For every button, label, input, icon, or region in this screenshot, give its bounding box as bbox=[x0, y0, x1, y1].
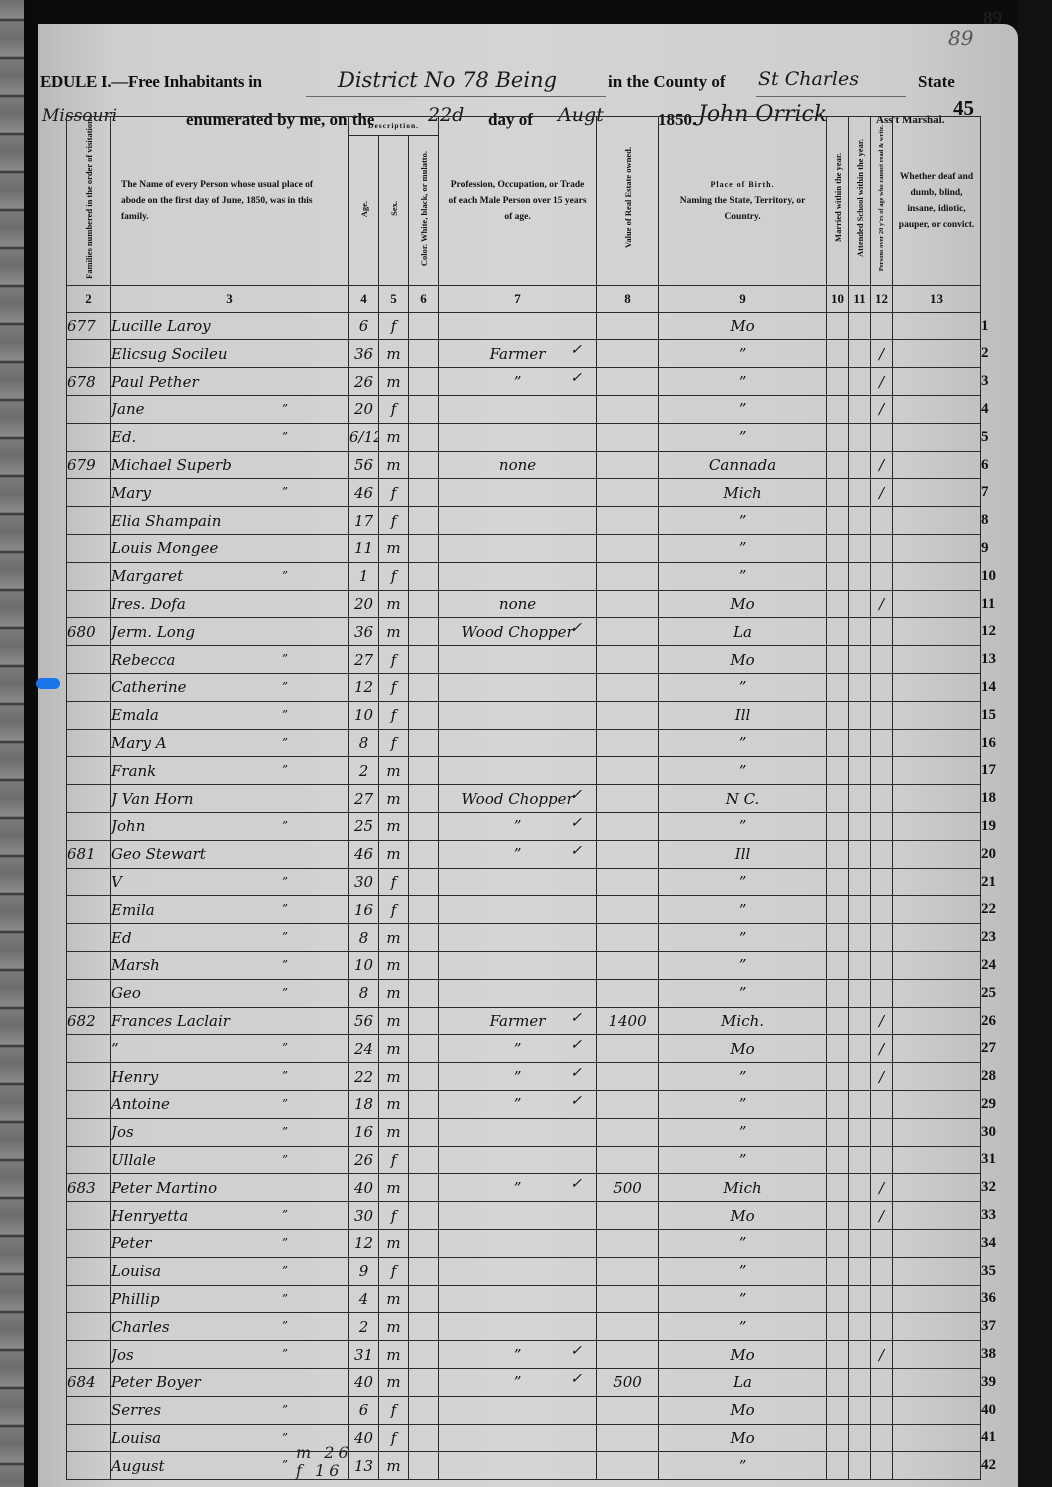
sex: f bbox=[379, 896, 409, 924]
color bbox=[409, 868, 439, 896]
color bbox=[409, 1396, 439, 1424]
condition bbox=[893, 701, 981, 729]
occupation bbox=[439, 423, 597, 451]
line-number: 8 bbox=[981, 507, 1037, 535]
sex: f bbox=[379, 701, 409, 729]
table-row[interactable]: V” 30 f ” 21 bbox=[67, 868, 1037, 896]
table-row[interactable]: Ed” 8 m ” 23 bbox=[67, 924, 1037, 952]
color bbox=[409, 1118, 439, 1146]
header-family-number: Families numbered in the order of visita… bbox=[67, 117, 111, 286]
family-number bbox=[67, 785, 111, 813]
family-number bbox=[67, 423, 111, 451]
line-number: 15 bbox=[981, 701, 1037, 729]
sex: m bbox=[379, 1229, 409, 1257]
married bbox=[827, 1063, 849, 1091]
real-estate-value bbox=[597, 507, 659, 535]
sex: f bbox=[379, 562, 409, 590]
illiterate-mark bbox=[871, 840, 893, 868]
real-estate-value bbox=[597, 1341, 659, 1369]
birthplace: Mo bbox=[659, 1202, 827, 1230]
line-number: 10 bbox=[981, 562, 1037, 590]
sex: m bbox=[379, 1007, 409, 1035]
married bbox=[827, 896, 849, 924]
occupation bbox=[439, 396, 597, 424]
real-estate-value bbox=[597, 1202, 659, 1230]
real-estate-value bbox=[597, 1285, 659, 1313]
color bbox=[409, 979, 439, 1007]
age: 20 bbox=[349, 396, 379, 424]
table-row[interactable]: Margaret” 1 f ” 10 bbox=[67, 562, 1037, 590]
birthplace: ” bbox=[659, 1452, 827, 1480]
line-number: 3 bbox=[981, 368, 1037, 396]
line-number: 6 bbox=[981, 451, 1037, 479]
birthplace: ” bbox=[659, 1229, 827, 1257]
birthplace: ” bbox=[659, 1063, 827, 1091]
real-estate-value bbox=[597, 813, 659, 841]
family-number bbox=[67, 507, 111, 535]
condition bbox=[893, 952, 981, 980]
check-mark-icon: ✓ bbox=[570, 1093, 582, 1109]
line-number: 27 bbox=[981, 1035, 1037, 1063]
real-estate-value bbox=[597, 757, 659, 785]
condition bbox=[893, 1007, 981, 1035]
condition bbox=[893, 396, 981, 424]
table-row[interactable]: Elicsug Socileu 36 m Farmer✓ ” / 2 bbox=[67, 340, 1037, 368]
occupation bbox=[439, 1118, 597, 1146]
occupation bbox=[439, 1202, 597, 1230]
condition bbox=[893, 674, 981, 702]
table-row[interactable]: 679 Michael Superb 56 m none Cannada / 6 bbox=[67, 451, 1037, 479]
married bbox=[827, 840, 849, 868]
illiterate-mark bbox=[871, 868, 893, 896]
table-row[interactable]: Serres” 6 f Mo 40 bbox=[67, 1396, 1037, 1424]
attended-school bbox=[849, 1118, 871, 1146]
sex: f bbox=[379, 312, 409, 340]
color bbox=[409, 1313, 439, 1341]
family-number bbox=[67, 535, 111, 563]
line-number: 35 bbox=[981, 1257, 1037, 1285]
line-number: 39 bbox=[981, 1368, 1037, 1396]
table-row[interactable]: August” 13 m ” 42 bbox=[67, 1452, 1037, 1480]
occupation bbox=[439, 952, 597, 980]
person-name: J Van Horn bbox=[111, 785, 349, 813]
occupation: ”✓ bbox=[439, 1368, 597, 1396]
married bbox=[827, 1118, 849, 1146]
line-number: 17 bbox=[981, 757, 1037, 785]
condition bbox=[893, 1091, 981, 1119]
attended-school bbox=[849, 312, 871, 340]
sex: m bbox=[379, 1118, 409, 1146]
person-name: Louis Mongee bbox=[111, 535, 349, 563]
illiterate-mark bbox=[871, 1424, 893, 1452]
line-number: 25 bbox=[981, 979, 1037, 1007]
condition bbox=[893, 1424, 981, 1452]
attended-school bbox=[849, 701, 871, 729]
person-name: Jos” bbox=[111, 1341, 349, 1369]
married bbox=[827, 924, 849, 952]
occupation: none bbox=[439, 590, 597, 618]
highlight-marker[interactable] bbox=[36, 678, 60, 689]
attended-school bbox=[849, 729, 871, 757]
stamp-page-number: 89 bbox=[983, 8, 1002, 30]
real-estate-value bbox=[597, 340, 659, 368]
attended-school bbox=[849, 757, 871, 785]
family-number bbox=[67, 674, 111, 702]
line-number: 24 bbox=[981, 952, 1037, 980]
occupation bbox=[439, 729, 597, 757]
occupation bbox=[439, 1452, 597, 1480]
illiterate-mark bbox=[871, 896, 893, 924]
header-condition: Whether deaf and dumb, blind, insane, id… bbox=[893, 117, 981, 286]
person-name: Charles” bbox=[111, 1313, 349, 1341]
table-row[interactable]: Frank” 2 m ” 17 bbox=[67, 757, 1037, 785]
attended-school bbox=[849, 785, 871, 813]
color bbox=[409, 896, 439, 924]
sex: m bbox=[379, 979, 409, 1007]
sex: m bbox=[379, 785, 409, 813]
table-row[interactable]: Emala” 10 f Ill 15 bbox=[67, 701, 1037, 729]
sex: f bbox=[379, 1146, 409, 1174]
check-mark-icon: ✓ bbox=[570, 815, 582, 831]
family-number bbox=[67, 1424, 111, 1452]
table-row[interactable]: Ed.” 6/12 m ” 5 bbox=[67, 423, 1037, 451]
color bbox=[409, 1424, 439, 1452]
illiterate-mark bbox=[871, 618, 893, 646]
birthplace: ” bbox=[659, 924, 827, 952]
person-name: Antoine” bbox=[111, 1091, 349, 1119]
attended-school bbox=[849, 479, 871, 507]
color bbox=[409, 396, 439, 424]
color bbox=[409, 701, 439, 729]
sex: m bbox=[379, 1368, 409, 1396]
real-estate-value bbox=[597, 1229, 659, 1257]
married bbox=[827, 1091, 849, 1119]
header-age: Age. bbox=[349, 135, 379, 285]
condition bbox=[893, 562, 981, 590]
table-row[interactable]: 684 Peter Boyer 40 m ”✓ 500 La 39 bbox=[67, 1368, 1037, 1396]
table-row[interactable]: Catherine” 12 f ” 14 bbox=[67, 674, 1037, 702]
attended-school bbox=[849, 813, 871, 841]
age: 46 bbox=[349, 479, 379, 507]
line-number: 16 bbox=[981, 729, 1037, 757]
condition bbox=[893, 535, 981, 563]
married bbox=[827, 590, 849, 618]
county-value: St Charles bbox=[758, 68, 859, 90]
person-name: V” bbox=[111, 868, 349, 896]
table-row[interactable]: 680 Jerm. Long 36 m Wood Chopper✓ La 12 bbox=[67, 618, 1037, 646]
attended-school bbox=[849, 952, 871, 980]
color bbox=[409, 840, 439, 868]
table-row[interactable]: Ires. Dofa 20 m none Mo / 11 bbox=[67, 590, 1037, 618]
person-name: Jane” bbox=[111, 396, 349, 424]
color bbox=[409, 451, 439, 479]
age: 26 bbox=[349, 1146, 379, 1174]
married bbox=[827, 1174, 849, 1202]
attended-school bbox=[849, 979, 871, 1007]
table-row[interactable]: Charles” 2 m ” 37 bbox=[67, 1313, 1037, 1341]
sex: m bbox=[379, 1313, 409, 1341]
condition bbox=[893, 1452, 981, 1480]
color bbox=[409, 674, 439, 702]
married bbox=[827, 535, 849, 563]
attended-school bbox=[849, 340, 871, 368]
occupation: ”✓ bbox=[439, 1091, 597, 1119]
sex: m bbox=[379, 840, 409, 868]
attended-school bbox=[849, 423, 871, 451]
attended-school bbox=[849, 507, 871, 535]
person-name: Ed.” bbox=[111, 423, 349, 451]
birthplace: ” bbox=[659, 423, 827, 451]
table-row[interactable]: Mary A” 8 f ” 16 bbox=[67, 729, 1037, 757]
person-name: Lucille Laroy bbox=[111, 312, 349, 340]
married bbox=[827, 646, 849, 674]
birthplace: ” bbox=[659, 896, 827, 924]
table-row[interactable]: 683 Peter Martino 40 m ”✓ 500 Mich / 32 bbox=[67, 1174, 1037, 1202]
table-row[interactable]: Jos” 16 m ” 30 bbox=[67, 1118, 1037, 1146]
family-number: 679 bbox=[67, 451, 111, 479]
table-row[interactable]: Emila” 16 f ” 22 bbox=[67, 896, 1037, 924]
table-row[interactable]: Phillip” 4 m ” 36 bbox=[67, 1285, 1037, 1313]
illiterate-mark bbox=[871, 507, 893, 535]
person-name: Peter” bbox=[111, 1229, 349, 1257]
age: 46 bbox=[349, 840, 379, 868]
sex: f bbox=[379, 1396, 409, 1424]
colnum-13: 13 bbox=[893, 285, 981, 312]
color bbox=[409, 785, 439, 813]
color bbox=[409, 423, 439, 451]
illiterate-mark: / bbox=[871, 451, 893, 479]
illiterate-mark bbox=[871, 674, 893, 702]
header-real-estate: Value of Real Estate owned. bbox=[597, 117, 659, 286]
real-estate-value bbox=[597, 368, 659, 396]
age: 16 bbox=[349, 896, 379, 924]
illiterate-mark bbox=[871, 1368, 893, 1396]
line-number: 14 bbox=[981, 674, 1037, 702]
line-number: 13 bbox=[981, 646, 1037, 674]
color bbox=[409, 1146, 439, 1174]
check-mark-icon: ✓ bbox=[570, 1176, 582, 1192]
sex: m bbox=[379, 1035, 409, 1063]
married bbox=[827, 1146, 849, 1174]
occupation bbox=[439, 1257, 597, 1285]
check-mark-icon: ✓ bbox=[570, 1371, 582, 1387]
county-label: in the County of bbox=[608, 72, 726, 92]
attended-school bbox=[849, 840, 871, 868]
family-number bbox=[67, 1396, 111, 1424]
line-number: 38 bbox=[981, 1341, 1037, 1369]
real-estate-value: 1400 bbox=[597, 1007, 659, 1035]
color bbox=[409, 1368, 439, 1396]
table-row[interactable]: Rebecca” 27 f Mo 13 bbox=[67, 646, 1037, 674]
married bbox=[827, 423, 849, 451]
table-row[interactable]: Jos” 31 m ”✓ Mo / 38 bbox=[67, 1341, 1037, 1369]
table-row[interactable]: Henryetta” 30 f Mo / 33 bbox=[67, 1202, 1037, 1230]
person-name: Paul Pether bbox=[111, 368, 349, 396]
column-headers: Families numbered in the order of visita… bbox=[67, 117, 1037, 136]
table-row[interactable]: Mary” 46 f Mich / 7 bbox=[67, 479, 1037, 507]
table-row[interactable]: Jane” 20 f ” / 4 bbox=[67, 396, 1037, 424]
header-color: Color. White, black, or mulatto. bbox=[409, 135, 439, 285]
condition bbox=[893, 1118, 981, 1146]
birthplace: ” bbox=[659, 1118, 827, 1146]
attended-school bbox=[849, 896, 871, 924]
real-estate-value bbox=[597, 701, 659, 729]
table-row[interactable]: Louisa” 40 f Mo 41 bbox=[67, 1424, 1037, 1452]
header-sex: Sex. bbox=[379, 135, 409, 285]
table-row[interactable]: Henry” 22 m ”✓ ” / 28 bbox=[67, 1063, 1037, 1091]
occupation: ”✓ bbox=[439, 1063, 597, 1091]
schedule-title: EDULE I.—Free Inhabitants in bbox=[40, 72, 262, 92]
colnum-9: 9 bbox=[659, 285, 827, 312]
real-estate-value bbox=[597, 646, 659, 674]
sex: m bbox=[379, 1452, 409, 1480]
table-row[interactable]: Peter” 12 m ” 34 bbox=[67, 1229, 1037, 1257]
color bbox=[409, 535, 439, 563]
line-number: 33 bbox=[981, 1202, 1037, 1230]
married bbox=[827, 1229, 849, 1257]
real-estate-value bbox=[597, 312, 659, 340]
birthplace: Ill bbox=[659, 701, 827, 729]
line-number: 7 bbox=[981, 479, 1037, 507]
line-number: 12 bbox=[981, 618, 1037, 646]
married bbox=[827, 785, 849, 813]
header-occupation: Profession, Occupation, or Trade of each… bbox=[439, 117, 597, 286]
sex: m bbox=[379, 1174, 409, 1202]
check-mark-icon: ✓ bbox=[570, 1010, 582, 1026]
colnum-3: 3 bbox=[111, 285, 349, 312]
family-number bbox=[67, 1341, 111, 1369]
sex: m bbox=[379, 924, 409, 952]
condition bbox=[893, 368, 981, 396]
family-number bbox=[67, 813, 111, 841]
age: 56 bbox=[349, 1007, 379, 1035]
illiterate-mark bbox=[871, 1118, 893, 1146]
table-row[interactable]: Elia Shampain 17 f ” 8 bbox=[67, 507, 1037, 535]
illiterate-mark: / bbox=[871, 1202, 893, 1230]
occupation bbox=[439, 535, 597, 563]
family-number bbox=[67, 1257, 111, 1285]
real-estate-value bbox=[597, 1146, 659, 1174]
person-name: Catherine” bbox=[111, 674, 349, 702]
color bbox=[409, 312, 439, 340]
age: 10 bbox=[349, 701, 379, 729]
real-estate-value bbox=[597, 562, 659, 590]
occupation bbox=[439, 757, 597, 785]
table-row[interactable]: Marsh” 10 m ” 24 bbox=[67, 952, 1037, 980]
color bbox=[409, 1285, 439, 1313]
color bbox=[409, 507, 439, 535]
line-number: 19 bbox=[981, 813, 1037, 841]
table-row[interactable]: Antoine” 18 m ”✓ ” 29 bbox=[67, 1091, 1037, 1119]
attended-school bbox=[849, 1063, 871, 1091]
person-name: Jos” bbox=[111, 1118, 349, 1146]
attended-school bbox=[849, 1146, 871, 1174]
married bbox=[827, 757, 849, 785]
table-row[interactable]: Louis Mongee 11 m ” 9 bbox=[67, 535, 1037, 563]
real-estate-value bbox=[597, 451, 659, 479]
illiterate-mark bbox=[871, 535, 893, 563]
birthplace: ” bbox=[659, 396, 827, 424]
table-row[interactable]: Louisa” 9 f ” 35 bbox=[67, 1257, 1037, 1285]
color bbox=[409, 729, 439, 757]
attended-school bbox=[849, 1229, 871, 1257]
birthplace: Mo bbox=[659, 1035, 827, 1063]
family-number bbox=[67, 1063, 111, 1091]
illiterate-mark: / bbox=[871, 479, 893, 507]
illiterate-mark: / bbox=[871, 396, 893, 424]
attended-school bbox=[849, 646, 871, 674]
occupation bbox=[439, 924, 597, 952]
attended-school bbox=[849, 562, 871, 590]
family-number bbox=[67, 1202, 111, 1230]
book-spine-shadow bbox=[24, 0, 38, 1487]
condition bbox=[893, 840, 981, 868]
line-number: 29 bbox=[981, 1091, 1037, 1119]
condition bbox=[893, 1202, 981, 1230]
table-row[interactable]: Ullale” 26 f ” 31 bbox=[67, 1146, 1037, 1174]
sex: m bbox=[379, 1285, 409, 1313]
census-table-wrapper: Families numbered in the order of visita… bbox=[66, 116, 936, 1456]
age: 26 bbox=[349, 368, 379, 396]
sex: m bbox=[379, 423, 409, 451]
colnum-7: 7 bbox=[439, 285, 597, 312]
age: 8 bbox=[349, 729, 379, 757]
color bbox=[409, 1063, 439, 1091]
real-estate-value bbox=[597, 1396, 659, 1424]
sex: f bbox=[379, 479, 409, 507]
table-row[interactable]: John” 25 m ”✓ ” 19 bbox=[67, 813, 1037, 841]
real-estate-value bbox=[597, 590, 659, 618]
line-number: 11 bbox=[981, 590, 1037, 618]
occupation: ”✓ bbox=[439, 1341, 597, 1369]
married bbox=[827, 674, 849, 702]
age: 56 bbox=[349, 451, 379, 479]
real-estate-value bbox=[597, 1452, 659, 1480]
attended-school bbox=[849, 1285, 871, 1313]
family-number bbox=[67, 979, 111, 1007]
line-number: 18 bbox=[981, 785, 1037, 813]
table-row[interactable]: 682 Frances Laclair 56 m Farmer✓ 1400 Mi… bbox=[67, 1007, 1037, 1035]
sex: f bbox=[379, 1424, 409, 1452]
sex: m bbox=[379, 451, 409, 479]
birthplace: Mich bbox=[659, 479, 827, 507]
condition bbox=[893, 1368, 981, 1396]
family-number bbox=[67, 952, 111, 980]
married bbox=[827, 729, 849, 757]
birthplace: ” bbox=[659, 1257, 827, 1285]
table-row[interactable]: 678 Paul Pether 26 m ”✓ ” / 3 bbox=[67, 368, 1037, 396]
table-row[interactable]: 681 Geo Stewart 46 m ”✓ Ill 20 bbox=[67, 840, 1037, 868]
age: 1 bbox=[349, 562, 379, 590]
sex: f bbox=[379, 674, 409, 702]
person-name: Frank” bbox=[111, 757, 349, 785]
married bbox=[827, 618, 849, 646]
table-row[interactable]: Geo” 8 m ” 25 bbox=[67, 979, 1037, 1007]
age: 17 bbox=[349, 507, 379, 535]
married bbox=[827, 1452, 849, 1480]
line-number: 31 bbox=[981, 1146, 1037, 1174]
line-number: 40 bbox=[981, 1396, 1037, 1424]
table-row[interactable]: 677 Lucille Laroy 6 f Mo 1 bbox=[67, 312, 1037, 340]
person-name: Ires. Dofa bbox=[111, 590, 349, 618]
occupation: none bbox=[439, 451, 597, 479]
married bbox=[827, 312, 849, 340]
age: 6 bbox=[349, 1396, 379, 1424]
table-row[interactable]: J Van Horn 27 m Wood Chopper✓ N C. 18 bbox=[67, 785, 1037, 813]
sex: m bbox=[379, 340, 409, 368]
check-mark-icon: ✓ bbox=[570, 1343, 582, 1359]
table-row[interactable]: ”” 24 m ”✓ Mo / 27 bbox=[67, 1035, 1037, 1063]
